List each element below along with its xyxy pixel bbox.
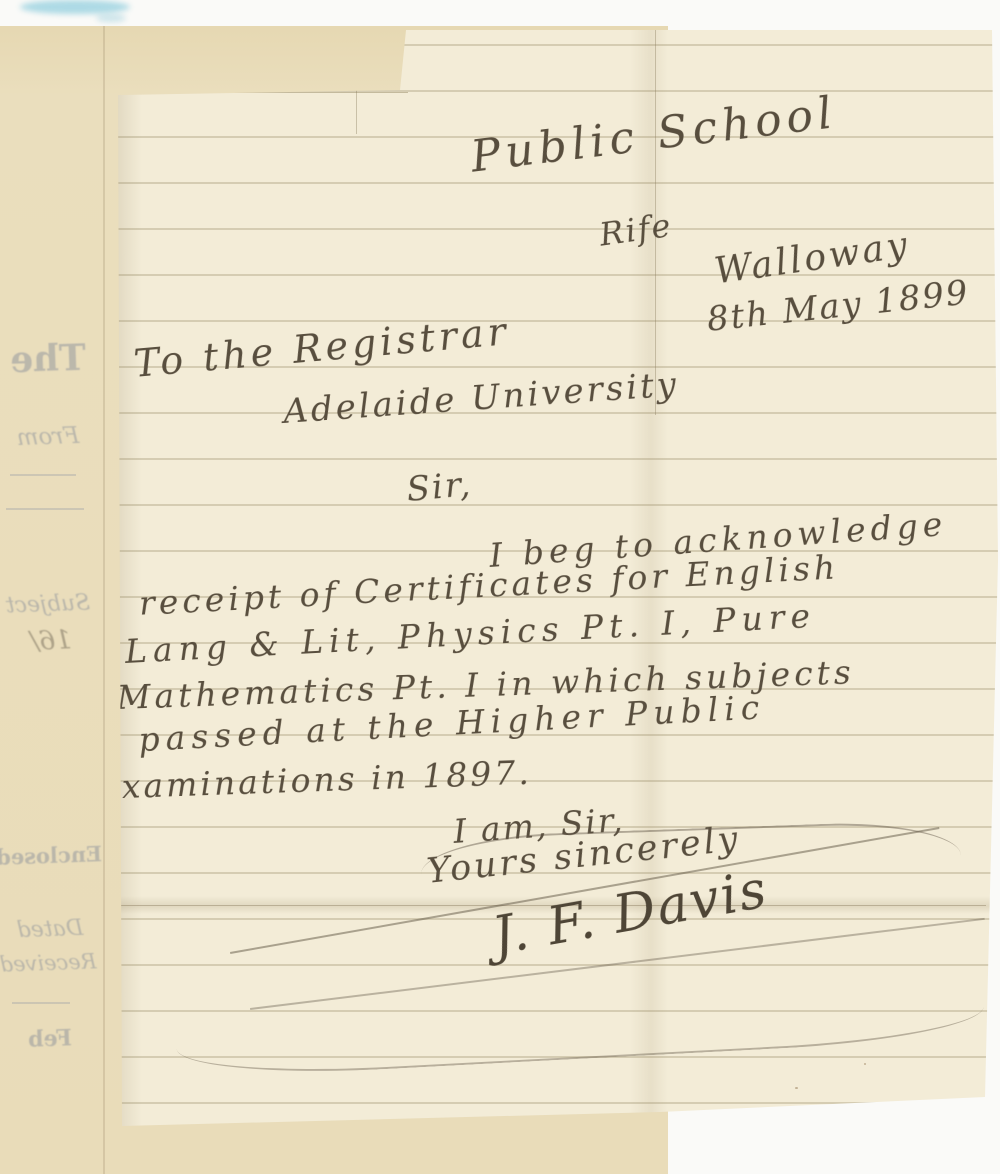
showthrough-text: Dated	[0, 915, 100, 943]
blue-ink-smudge	[96, 14, 126, 22]
scanned-letter-document: The From Subject 16/ Enclosed Dated Rece…	[0, 0, 1000, 1174]
recipient-line: To the Registrar	[132, 309, 511, 386]
body-line: Examinations in 1897.	[94, 753, 532, 807]
showthrough-text: Received	[0, 949, 104, 977]
salutation: Sir,	[405, 464, 474, 510]
letter-page: Public School Rife Walloway 8th May 1899…	[0, 0, 1000, 1174]
showthrough-text: From	[0, 422, 96, 451]
recipient-line: Adelaide University	[282, 364, 680, 432]
docket-rule-line	[6, 508, 84, 510]
heading-line2: Rife	[597, 206, 675, 254]
showthrough-text: Enclosed	[0, 841, 108, 870]
showthrough-pencil-mark: 16/	[6, 624, 97, 657]
docket-rule-line	[12, 1002, 70, 1004]
docket-rule-line	[10, 474, 76, 476]
showthrough-text: Feb	[4, 1024, 97, 1053]
paper-speck	[795, 1087, 798, 1089]
showthrough-text: The	[0, 336, 97, 381]
blue-ink-smudge	[20, 0, 130, 14]
paper-speck	[864, 1063, 866, 1065]
heading-school: Public School	[468, 87, 840, 182]
showthrough-text: Subject	[0, 590, 108, 619]
